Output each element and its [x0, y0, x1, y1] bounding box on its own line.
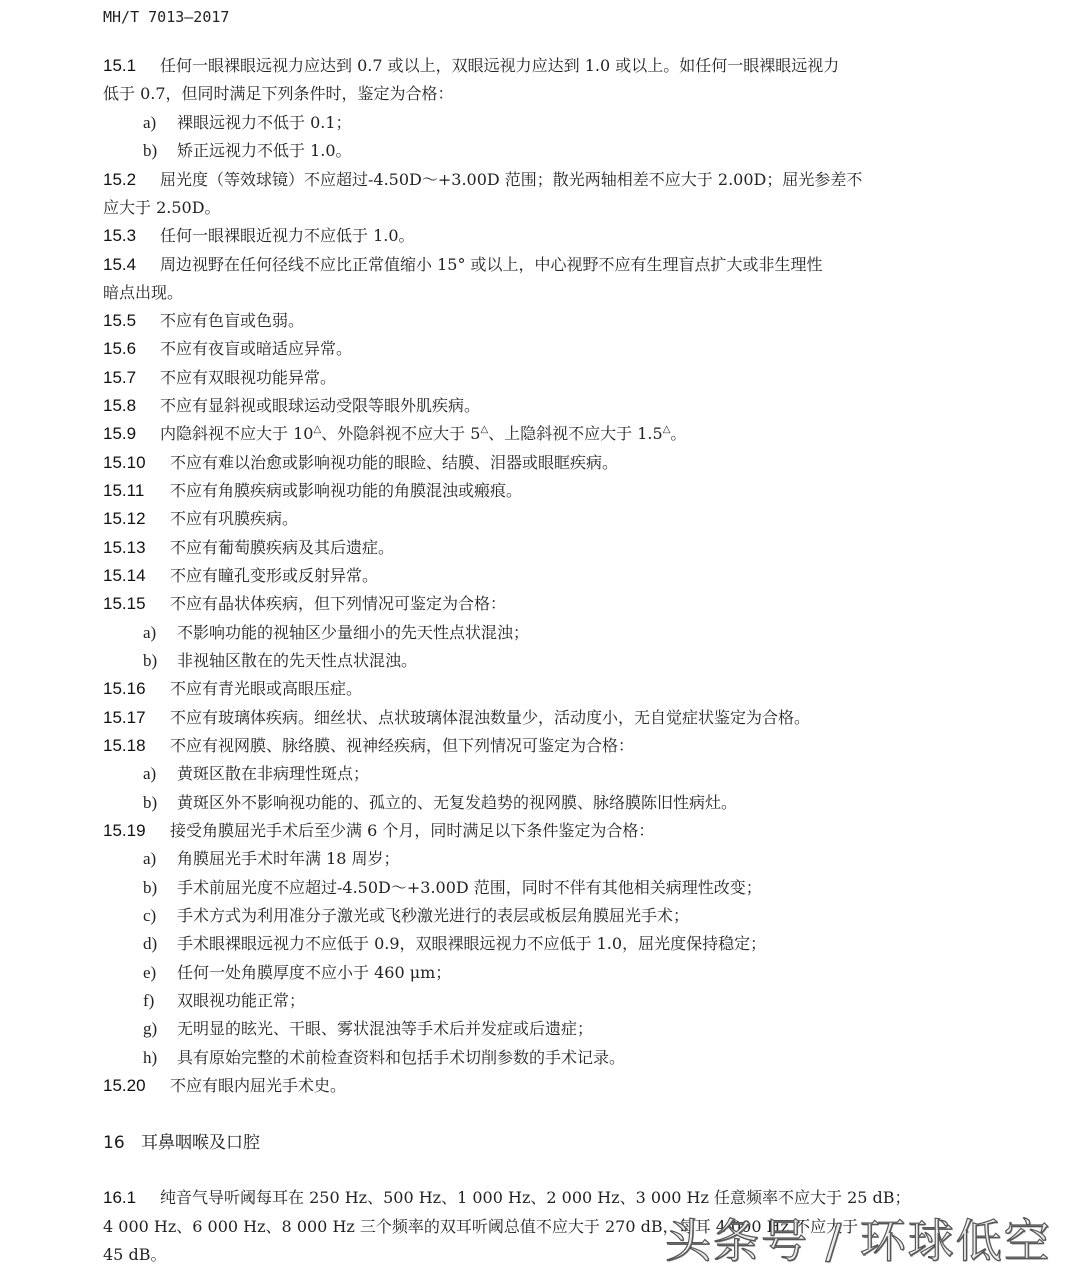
- clause-text: 不应有眼内屈光手术史。: [170, 1076, 346, 1095]
- prism-diopter-symbol: △: [663, 424, 671, 435]
- clause-number: 15.5: [103, 307, 160, 335]
- clause-15-7: 15.7不应有双眼视功能异常。: [103, 364, 336, 392]
- clause-text: 不应有巩膜疾病。: [170, 509, 298, 528]
- clause-15-1-a: a)裸眼远视力不低于 0.1；: [143, 109, 352, 137]
- clause-15-5: 15.5不应有色盲或色弱。: [103, 307, 304, 335]
- clause-number: 15.14: [103, 562, 170, 590]
- clause-15-4: 15.4周边视野在任何径线不应比正常值缩小 15° 或以上，中心视野不应有生理盲…: [103, 251, 823, 279]
- document-id-header: MH/T 7013—2017: [103, 8, 229, 26]
- clause-15-19-f: f)双眼视功能正常；: [143, 987, 305, 1015]
- clause-number: 15.17: [103, 704, 170, 732]
- clause-15-18-a: a)黄斑区散在非病理性斑点；: [143, 760, 369, 788]
- clause-15-1-b: b)矫正远视力不低于 1.0。: [143, 137, 352, 165]
- list-label: e): [143, 959, 177, 987]
- section-16-heading: 16耳鼻咽喉及口腔: [103, 1128, 260, 1153]
- clause-text: 任何一眼裸眼远视力应达到 0.7 或以上，双眼远视力应达到 1.0 或以上。如任…: [160, 56, 839, 75]
- clause-number: 15.10: [103, 449, 170, 477]
- clause-text: 不应有色盲或色弱。: [160, 311, 304, 330]
- clause-15-15: 15.15不应有晶状体疾病，但下列情况可鉴定为合格：: [103, 590, 506, 618]
- clause-15-15-a: a)不影响功能的视轴区少量细小的先天性点状混浊；: [143, 619, 529, 647]
- clause-text: 不应有葡萄膜疾病及其后遗症。: [170, 538, 394, 557]
- list-label: f): [143, 987, 177, 1015]
- clause-text: 屈光度（等效球镜）不应超过-4.50D～+3.00D 范围；散光两轴相差不应大于…: [160, 170, 862, 189]
- clause-15-14: 15.14不应有瞳孔变形或反射异常。: [103, 562, 378, 590]
- clause-number: 15.16: [103, 675, 170, 703]
- list-text: 黄斑区散在非病理性斑点；: [177, 764, 369, 783]
- list-text: 具有原始完整的术前检查资料和包括手术切削参数的手术记录。: [177, 1048, 625, 1067]
- clause-number: 15.3: [103, 222, 160, 250]
- clause-text: 、外隐斜视不应大于 5: [321, 424, 480, 443]
- clause-number: 15.12: [103, 505, 170, 533]
- clause-number: 15.11: [103, 477, 170, 505]
- list-text: 裸眼远视力不低于 0.1；: [177, 113, 352, 132]
- list-text: 双眼视功能正常；: [177, 991, 305, 1010]
- clause-15-2: 15.2屈光度（等效球镜）不应超过-4.50D～+3.00D 范围；散光两轴相差…: [103, 166, 862, 194]
- clause-15-10: 15.10不应有难以治愈或影响视功能的眼睑、结膜、泪器或眼眶疾病。: [103, 449, 618, 477]
- clause-number: 15.6: [103, 335, 160, 363]
- clause-15-2-cont: 应大于 2.50D。: [103, 194, 221, 222]
- clause-15-15-b: b)非视轴区散在的先天性点状混浊。: [143, 647, 417, 675]
- list-text: 不影响功能的视轴区少量细小的先天性点状混浊；: [177, 623, 529, 642]
- list-text: 非视轴区散在的先天性点状混浊。: [177, 651, 417, 670]
- list-text: 手术眼裸眼远视力不应低于 0.9，双眼裸眼远视力不应低于 1.0，屈光度保持稳定…: [177, 934, 766, 953]
- clause-15-19-e: e)任何一处角膜厚度不应小于 460 μm；: [143, 959, 451, 987]
- clause-15-1-cont: 低于 0.7，但同时满足下列条件时，鉴定为合格：: [103, 80, 454, 108]
- clause-text: 不应有玻璃体疾病。细丝状、点状玻璃体混浊数量少，活动度小，无自觉症状鉴定为合格。: [170, 708, 810, 727]
- clause-text: 不应有晶状体疾病，但下列情况可鉴定为合格：: [170, 594, 506, 613]
- clause-15-19-c: c)手术方式为利用准分子激光或飞秒激光进行的表层或板层角膜屈光手术；: [143, 902, 689, 930]
- clause-number: 15.9: [103, 420, 160, 448]
- list-label: h): [143, 1044, 177, 1072]
- list-text: 手术方式为利用准分子激光或飞秒激光进行的表层或板层角膜屈光手术；: [177, 906, 689, 925]
- clause-15-8: 15.8不应有显斜视或眼球运动受限等眼外肌疾病。: [103, 392, 480, 420]
- clause-text: 任何一眼裸眼近视力不应低于 1.0。: [160, 226, 415, 245]
- section-title: 耳鼻咽喉及口腔: [141, 1133, 260, 1153]
- clause-text: 不应有视网膜、脉络膜、视神经疾病，但下列情况可鉴定为合格：: [170, 736, 634, 755]
- document-page: MH/T 7013—2017 15.1任何一眼裸眼远视力应达到 0.7 或以上，…: [0, 0, 1080, 1279]
- clause-15-16: 15.16不应有青光眼或高眼压症。: [103, 675, 362, 703]
- list-text: 无明显的眩光、干眼、雾状混浊等手术后并发症或后遗症；: [177, 1019, 593, 1038]
- clause-text: 接受角膜屈光手术后至少满 6 个月，同时满足以下条件鉴定为合格：: [170, 821, 654, 840]
- prism-diopter-symbol: △: [313, 424, 321, 435]
- clause-number: 15.1: [103, 52, 160, 80]
- clause-15-20: 15.20不应有眼内屈光手术史。: [103, 1072, 346, 1100]
- list-text: 角膜屈光手术时年满 18 周岁；: [177, 849, 400, 868]
- list-label: b): [143, 789, 177, 817]
- clause-text: 、上隐斜视不应大于 1.5: [488, 424, 663, 443]
- clause-text: 不应有显斜视或眼球运动受限等眼外肌疾病。: [160, 396, 480, 415]
- clause-15-19-g: g)无明显的眩光、干眼、雾状混浊等手术后并发症或后遗症；: [143, 1015, 593, 1043]
- clause-text: 不应有双眼视功能异常。: [160, 368, 336, 387]
- list-label: a): [143, 619, 177, 647]
- clause-15-19-d: d)手术眼裸眼远视力不应低于 0.9，双眼裸眼远视力不应低于 1.0，屈光度保持…: [143, 930, 766, 958]
- clause-number: 15.19: [103, 817, 170, 845]
- list-label: c): [143, 902, 177, 930]
- clause-15-6: 15.6不应有夜盲或暗适应异常。: [103, 335, 352, 363]
- list-label: b): [143, 874, 177, 902]
- prism-diopter-symbol: △: [480, 424, 488, 435]
- list-label: d): [143, 930, 177, 958]
- clause-text: 内隐斜视不应大于 10: [160, 424, 313, 443]
- clause-number: 15.2: [103, 166, 160, 194]
- clause-15-3: 15.3任何一眼裸眼近视力不应低于 1.0。: [103, 222, 415, 250]
- clause-15-11: 15.11不应有角膜疾病或影响视功能的角膜混浊或瘢痕。: [103, 477, 522, 505]
- clause-16-1-cont2: 45 dB。: [103, 1241, 166, 1269]
- clause-number: 15.20: [103, 1072, 170, 1100]
- list-label: a): [143, 760, 177, 788]
- clause-number: 15.4: [103, 251, 160, 279]
- clause-number: 16.1: [103, 1184, 160, 1212]
- list-label: a): [143, 109, 177, 137]
- clause-text: 周边视野在任何径线不应比正常值缩小 15° 或以上，中心视野不应有生理盲点扩大或…: [160, 255, 823, 274]
- list-text: 矫正远视力不低于 1.0。: [177, 141, 352, 160]
- clause-15-12: 15.12不应有巩膜疾病。: [103, 505, 298, 533]
- section-number: 16: [103, 1133, 141, 1153]
- clause-text: 不应有夜盲或暗适应异常。: [160, 339, 352, 358]
- clause-15-9: 15.9内隐斜视不应大于 10△、外隐斜视不应大于 5△、上隐斜视不应大于 1.…: [103, 420, 686, 448]
- list-label: a): [143, 845, 177, 873]
- list-label: b): [143, 137, 177, 165]
- clause-number: 15.18: [103, 732, 170, 760]
- clause-text: 不应有难以治愈或影响视功能的眼睑、结膜、泪器或眼眶疾病。: [170, 453, 618, 472]
- clause-15-13: 15.13不应有葡萄膜疾病及其后遗症。: [103, 534, 394, 562]
- clause-text: 不应有角膜疾病或影响视功能的角膜混浊或瘢痕。: [170, 481, 522, 500]
- clause-15-19-b: b)手术前屈光度不应超过-4.50D～+3.00D 范围，同时不伴有其他相关病理…: [143, 874, 762, 902]
- clause-15-1: 15.1任何一眼裸眼远视力应达到 0.7 或以上，双眼远视力应达到 1.0 或以…: [103, 52, 839, 80]
- clause-15-17: 15.17不应有玻璃体疾病。细丝状、点状玻璃体混浊数量少，活动度小，无自觉症状鉴…: [103, 704, 810, 732]
- clause-number: 15.15: [103, 590, 170, 618]
- clause-number: 15.13: [103, 534, 170, 562]
- clause-15-19: 15.19接受角膜屈光手术后至少满 6 个月，同时满足以下条件鉴定为合格：: [103, 817, 654, 845]
- clause-text: 。: [670, 424, 686, 443]
- list-text: 黄斑区外不影响视功能的、孤立的、无复发趋势的视网膜、脉络膜陈旧性病灶。: [177, 793, 737, 812]
- list-text: 手术前屈光度不应超过-4.50D～+3.00D 范围，同时不伴有其他相关病理性改…: [177, 878, 762, 897]
- clause-15-18-b: b)黄斑区外不影响视功能的、孤立的、无复发趋势的视网膜、脉络膜陈旧性病灶。: [143, 789, 737, 817]
- list-label: b): [143, 647, 177, 675]
- clause-15-18: 15.18不应有视网膜、脉络膜、视神经疾病，但下列情况可鉴定为合格：: [103, 732, 634, 760]
- clause-text: 不应有瞳孔变形或反射异常。: [170, 566, 378, 585]
- clause-number: 15.8: [103, 392, 160, 420]
- list-label: g): [143, 1015, 177, 1043]
- clause-15-19-a: a)角膜屈光手术时年满 18 周岁；: [143, 845, 400, 873]
- clause-text: 不应有青光眼或高眼压症。: [170, 679, 362, 698]
- clause-number: 15.7: [103, 364, 160, 392]
- clause-15-19-h: h)具有原始完整的术前检查资料和包括手术切削参数的手术记录。: [143, 1044, 625, 1072]
- list-text: 任何一处角膜厚度不应小于 460 μm；: [177, 963, 451, 982]
- clause-15-4-cont: 暗点出现。: [103, 279, 183, 307]
- watermark: 头条号 / 环球低空: [665, 1205, 1052, 1271]
